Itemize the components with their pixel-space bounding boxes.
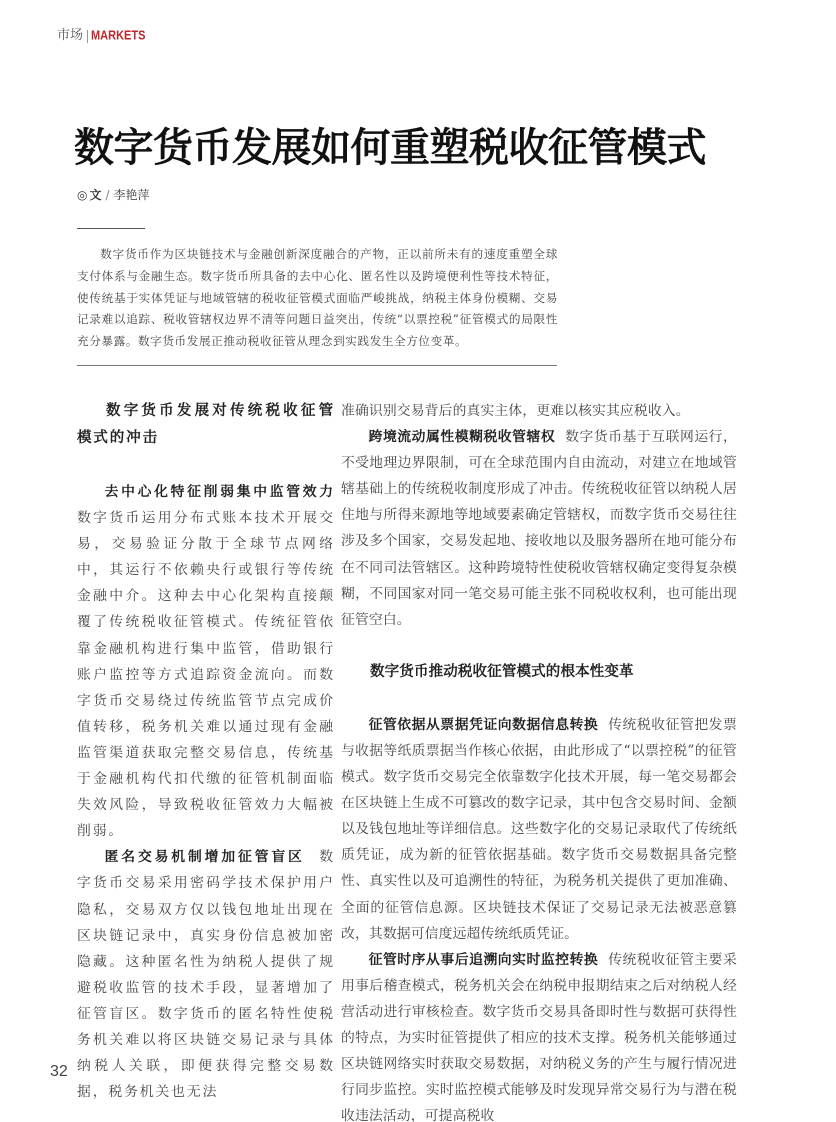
paragraph-cross-border: 跨境流动属性模糊税收管辖权 数字货币基于互联网运行，不受地理边界限制，可在全球范…	[341, 424, 737, 633]
paragraph-text: 传统税收征管把发票与收据等纸质票据当作核心依据，由此形成了“以票控税”的征管模式…	[341, 717, 737, 942]
page-number: 32	[50, 1063, 68, 1081]
paragraph-lead: 征管依据从票据凭证向数据信息转换	[369, 717, 599, 733]
section-heading-1: 数字货币发展对传统税收征管模式的冲击	[77, 398, 335, 452]
paragraph-decentralization: 去中心化特征削弱集中监管效力数字货币运用分布式账本技术开展交易，交易验证分散于全…	[77, 479, 335, 844]
abstract-rule	[77, 365, 557, 366]
paragraph-lead: 匿名交易机制增加征管盲区	[105, 849, 305, 865]
section-label-cn: 市场	[57, 28, 83, 44]
byline-prefix: 文	[89, 186, 101, 203]
paragraph-lead: 跨境流动属性模糊税收管辖权	[369, 429, 556, 445]
byline: ◎ 文 / 李艳萍	[77, 186, 150, 203]
header-divider	[87, 30, 88, 43]
byline-symbol-icon: ◎	[77, 188, 87, 202]
paragraph-continued: 准确识别交易背后的真实主体，更难以核实其应税收入。	[341, 398, 737, 424]
spacer	[341, 633, 737, 659]
paragraph-text: 数字货币交易采用密码学技术保护用户隐私，交易双方仅以钱包地址出现在区块链记录中，…	[77, 849, 335, 1100]
paragraph-lead: 征管时序从事后追溯向实时监控转换	[369, 952, 599, 968]
paragraph-realtime: 征管时序从事后追溯向实时监控转换 传统税收征管主要采用事后稽查模式，税务机关会在…	[341, 947, 737, 1122]
section-label-en: MARKETS	[91, 27, 145, 45]
paragraph-text: 数字货币基于互联网运行，不受地理边界限制，可在全球范围内自由流动，对建立在地域管…	[341, 429, 737, 628]
article-abstract: 数字货币作为区块链技术与金融创新深度融合的产物，正以前所未有的速度重塑全球支付体…	[77, 244, 558, 353]
spacer	[341, 686, 737, 712]
spacer	[77, 452, 335, 479]
section-header: 市场 MARKETS	[57, 28, 145, 44]
byline-separator: /	[106, 188, 110, 202]
right-column: 准确识别交易背后的真实主体，更难以核实其应税收入。 跨境流动属性模糊税收管辖权 …	[341, 398, 737, 1122]
section-heading-2: 数字货币推动税收征管模式的根本性变革	[341, 659, 737, 686]
paragraph-text: 数字货币运用分布式账本技术开展交易，交易验证分散于全球节点网络中，其运行不依赖央…	[77, 510, 335, 839]
paragraph-lead: 去中心化特征削弱集中监管效力	[105, 484, 335, 500]
paragraph-anonymity: 匿名交易机制增加征管盲区 数字货币交易采用密码学技术保护用户隐私，交易双方仅以钱…	[77, 844, 335, 1105]
byline-rule	[77, 228, 145, 229]
left-column: 数字货币发展对传统税收征管模式的冲击 去中心化特征削弱集中监管效力数字货币运用分…	[77, 398, 335, 1105]
paragraph-text: 传统税收征管主要采用事后稽查模式，税务机关会在纳税申报期结束之后对纳税人经营活动…	[341, 952, 737, 1122]
article-title: 数字货币发展如何重塑税收征管模式	[74, 118, 706, 178]
author-name: 李艳萍	[114, 186, 150, 203]
paragraph-data-basis: 征管依据从票据凭证向数据信息转换 传统税收征管把发票与收据等纸质票据当作核心依据…	[341, 712, 737, 947]
